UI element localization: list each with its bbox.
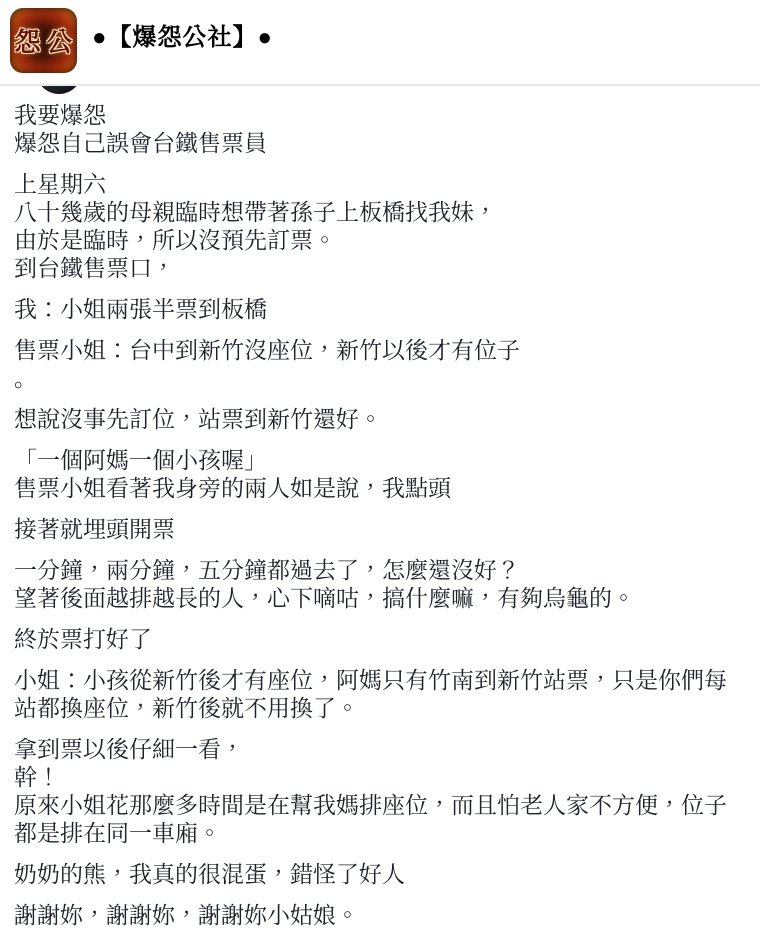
post-line: 幹！ <box>14 763 746 791</box>
post-line: 謝謝妳，謝謝妳，謝謝妳小姑娘。 <box>14 901 746 929</box>
post-line: 我：小姐兩張半票到板橋 <box>14 295 746 323</box>
post-paragraph: 上星期六八十幾歲的母親臨時想帶著孫子上板橋找我妹，由於是臨時，所以沒預先訂票。到… <box>14 170 746 282</box>
post-paragraph: 一分鐘，兩分鐘，五分鐘都過去了，怎麼還沒好？望著後面越排越長的人，心下嘀咕，搞什… <box>14 556 746 612</box>
post-paragraph: 「一個阿媽一個小孩喔」售票小姐看著我身旁的兩人如是說，我點頭 <box>14 446 746 502</box>
post-line: 小姐：小孩從新竹後才有座位，阿媽只有竹南到新竹站票，只是你們每 <box>14 666 746 694</box>
post-line: 售票小姐看著我身旁的兩人如是說，我點頭 <box>14 474 746 502</box>
post-line: 八十幾歲的母親臨時想帶著孫子上板橋找我妹， <box>14 198 746 226</box>
post-line: 。 <box>14 364 746 392</box>
post-line: 售票小姐：台中到新竹沒座位，新竹以後才有位子 <box>14 336 746 364</box>
post-paragraph: 想說沒事先訂位，站票到新竹還好。 <box>14 405 746 433</box>
group-logo-glyphs: 怨公 <box>14 22 78 59</box>
group-header: 怨公 ●【爆怨公社】● <box>0 0 760 86</box>
post-line: 我要爆怨 <box>14 101 746 129</box>
post-paragraph: 小姐：小孩從新竹後才有座位，阿媽只有竹南到新竹站票，只是你們每站都換座位，新竹後… <box>14 666 746 722</box>
facebook-group-post-page: 怨公 ●【爆怨公社】● 我要爆怨爆怨自己誤會台鐵售票員上星期六八十幾歲的母親臨時… <box>0 0 760 943</box>
post-line: 拿到票以後仔細一看， <box>14 735 746 763</box>
post-line: 上星期六 <box>14 170 746 198</box>
post-body: 我要爆怨爆怨自己誤會台鐵售票員上星期六八十幾歲的母親臨時想帶著孫子上板橋找我妹，… <box>0 86 760 943</box>
post-paragraph: 我：小姐兩張半票到板橋 <box>14 295 746 323</box>
post-paragraph: 售票小姐：台中到新竹沒座位，新竹以後才有位子。 <box>14 336 746 392</box>
post-line: 爆怨自己誤會台鐵售票員 <box>14 129 746 157</box>
post-paragraph: 謝謝妳，謝謝妳，謝謝妳小姑娘。 <box>14 901 746 929</box>
post-line: 一分鐘，兩分鐘，五分鐘都過去了，怎麼還沒好？ <box>14 556 746 584</box>
post-line: 望著後面越排越長的人，心下嘀咕，搞什麼嘛，有夠烏龜的。 <box>14 584 746 612</box>
post-line: 想說沒事先訂位，站票到新竹還好。 <box>14 405 746 433</box>
post-paragraph: 接著就埋頭開票 <box>14 515 746 543</box>
post-line: 原來小姐花那麼多時間是在幫我媽排座位，而且怕老人家不方便，位子 <box>14 791 746 819</box>
post-paragraph: 終於票打好了 <box>14 625 746 653</box>
post-line: 到台鐵售票口， <box>14 254 746 282</box>
post-line: 「一個阿媽一個小孩喔」 <box>14 446 746 474</box>
post-line: 接著就埋頭開票 <box>14 515 746 543</box>
post-line: 都是排在同一車廂。 <box>14 819 746 847</box>
post-line: 由於是臨時，所以沒預先訂票。 <box>14 226 746 254</box>
post-paragraph: 我要爆怨爆怨自己誤會台鐵售票員 <box>14 101 746 157</box>
post-paragraph: 奶奶的熊，我真的很混蛋，錯怪了好人 <box>14 860 746 888</box>
post-paragraph: 拿到票以後仔細一看，幹！原來小姐花那麼多時間是在幫我媽排座位，而且怕老人家不方便… <box>14 735 746 847</box>
post-line: 終於票打好了 <box>14 625 746 653</box>
group-title[interactable]: ●【爆怨公社】● <box>92 24 273 52</box>
group-logo-icon[interactable]: 怨公 <box>10 8 77 73</box>
post-line: 奶奶的熊，我真的很混蛋，錯怪了好人 <box>14 860 746 888</box>
post-line: 站都換座位，新竹後就不用換了。 <box>14 694 746 722</box>
